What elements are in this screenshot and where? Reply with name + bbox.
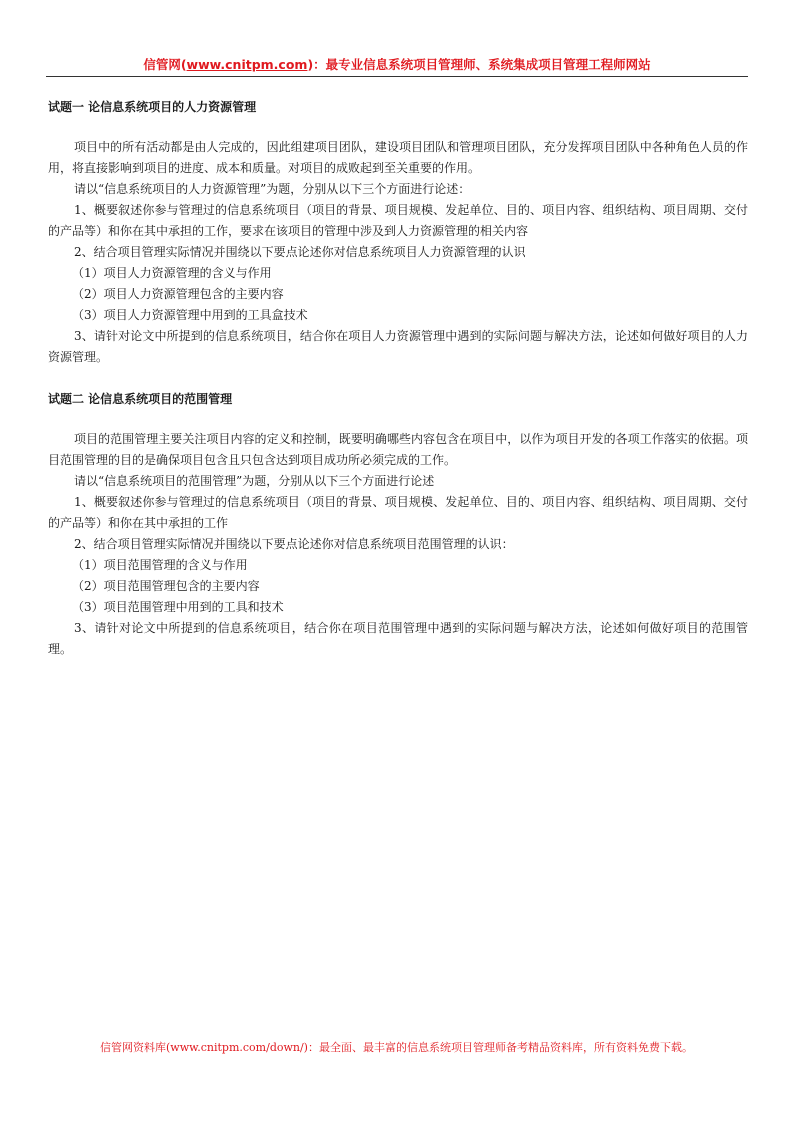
sub-point-3: （3）项目人力资源管理中用到的工具盒技术 xyxy=(48,305,748,326)
requirement-1: 1、概要叙述你参与管理过的信息系统项目（项目的背景、项目规模、发起单位、目的、项… xyxy=(48,492,748,534)
requirement-2: 2、结合项目管理实际情况并围绕以下要点论述你对信息系统项目范围管理的认识： xyxy=(48,534,748,555)
sub-point-2: （2）项目范围管理包含的主要内容 xyxy=(48,576,748,597)
prompt-text: 请以“信息系统项目的范围管理”为题，分别从以下三个方面进行论述 xyxy=(48,471,748,492)
spacer xyxy=(48,116,748,137)
spacer xyxy=(48,408,748,429)
section-title: 试题一 论信息系统项目的人力资源管理 xyxy=(48,98,748,116)
sub-point-2: （2）项目人力资源管理包含的主要内容 xyxy=(48,284,748,305)
header-site-link[interactable]: www.cnitpm.com xyxy=(187,57,308,72)
sub-point-1: （1）项目范围管理的含义与作用 xyxy=(48,555,748,576)
requirement-3: 3、请针对论文中所提到的信息系统项目，结合你在项目人力资源管理中遇到的实际问题与… xyxy=(48,326,748,368)
prompt-text: 请以“信息系统项目的人力资源管理”为题，分别从以下三个方面进行论述： xyxy=(48,179,748,200)
section-title: 试题二 论信息系统项目的范围管理 xyxy=(48,390,748,408)
spacer xyxy=(48,368,748,390)
requirement-2: 2、结合项目管理实际情况并围绕以下要点论述你对信息系统项目人力资源管理的认识 xyxy=(48,242,748,263)
document-body: 试题一 论信息系统项目的人力资源管理 项目中的所有活动都是由人完成的，因此组建项… xyxy=(48,98,748,660)
header-divider xyxy=(46,76,748,77)
header-site-name: 信管网( xyxy=(143,57,186,72)
requirement-1: 1、概要叙述你参与管理过的信息系统项目（项目的背景、项目规模、发起单位、目的、项… xyxy=(48,200,748,242)
sub-point-3: （3）项目范围管理中用到的工具和技术 xyxy=(48,597,748,618)
header-tagline: )：最专业信息系统项目管理师、系统集成项目管理工程师网站 xyxy=(307,57,650,72)
requirement-3: 3、请针对论文中所提到的信息系统项目，结合你在项目范围管理中遇到的实际问题与解决… xyxy=(48,618,748,660)
question-section-1: 试题一 论信息系统项目的人力资源管理 项目中的所有活动都是由人完成的，因此组建项… xyxy=(48,98,748,368)
intro-paragraph: 项目的范围管理主要关注项目内容的定义和控制，既要明确哪些内容包含在项目中，以作为… xyxy=(48,429,748,471)
question-section-2: 试题二 论信息系统项目的范围管理 项目的范围管理主要关注项目内容的定义和控制，既… xyxy=(48,390,748,660)
sub-point-1: （1）项目人力资源管理的含义与作用 xyxy=(48,263,748,284)
intro-paragraph: 项目中的所有活动都是由人完成的，因此组建项目团队，建设项目团队和管理项目团队，充… xyxy=(48,137,748,179)
page-header: 信管网(www.cnitpm.com)：最专业信息系统项目管理师、系统集成项目管… xyxy=(46,56,748,74)
page-footer[interactable]: 信管网资料库(www.cnitpm.com/down/)：最全面、最丰富的信息系… xyxy=(0,1040,793,1056)
